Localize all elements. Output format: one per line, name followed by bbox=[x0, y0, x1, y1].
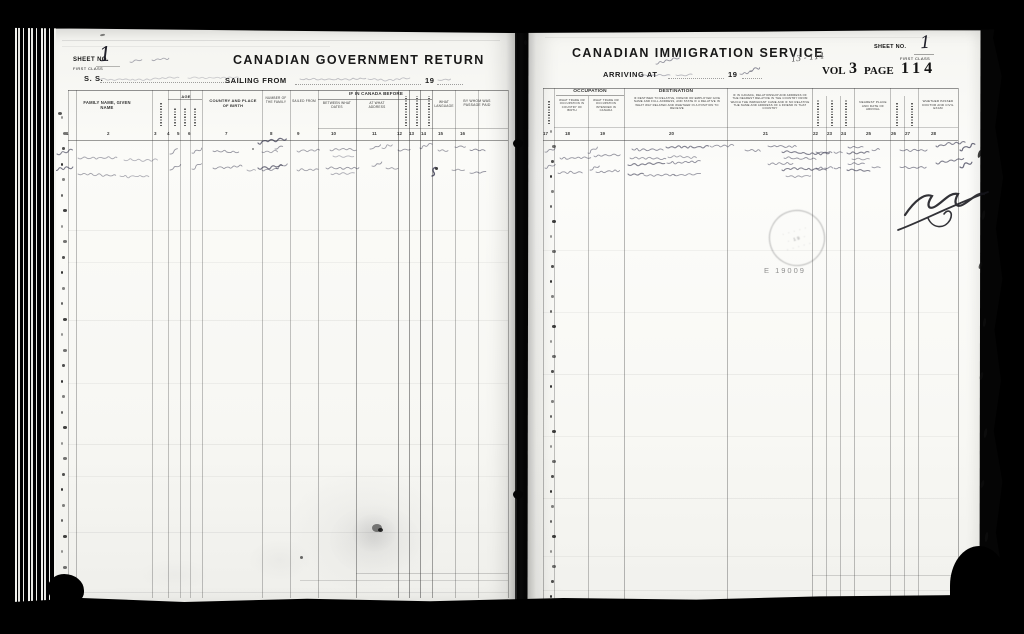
rowdot bbox=[61, 411, 63, 414]
vline bbox=[68, 90, 69, 598]
rowdot bbox=[551, 400, 554, 403]
rowdot bbox=[61, 163, 63, 166]
rowdot bbox=[61, 271, 63, 274]
hline bbox=[68, 592, 508, 593]
speck bbox=[982, 318, 986, 327]
speck bbox=[524, 40, 527, 45]
vline bbox=[478, 90, 479, 598]
gutter-line bbox=[515, 28, 517, 606]
colnum: 19 bbox=[600, 131, 605, 136]
hlabel: OCCUPATION bbox=[556, 89, 624, 95]
hlabel: IF DESTINED TO RELATIVE, FRIEND OR EMPLO… bbox=[630, 97, 724, 110]
vline bbox=[958, 88, 959, 602]
rowdot bbox=[61, 333, 63, 336]
vline bbox=[918, 88, 919, 602]
hline bbox=[68, 320, 508, 321]
rowdot bbox=[62, 256, 65, 259]
hlabel: WHETHER PASSED DOCTOR AND CIVIL EXAM bbox=[922, 100, 954, 111]
rowdot bbox=[62, 287, 65, 290]
hlabel: SAILED FROM bbox=[292, 100, 316, 104]
colnum: 28 bbox=[931, 131, 936, 136]
vbar bbox=[160, 102, 162, 126]
stain bbox=[352, 514, 396, 552]
rowdot bbox=[550, 235, 552, 238]
hline bbox=[543, 312, 958, 313]
hline bbox=[68, 230, 508, 231]
vbar bbox=[911, 102, 913, 126]
hlabel: AT WHAT ADDRESS bbox=[362, 102, 392, 110]
vline bbox=[202, 90, 203, 598]
vline bbox=[624, 88, 625, 602]
hline bbox=[543, 556, 958, 557]
rowdot bbox=[63, 349, 67, 352]
page-edge-streaks bbox=[14, 20, 56, 621]
rowdot bbox=[62, 147, 65, 150]
vline bbox=[826, 96, 827, 602]
speck bbox=[977, 150, 982, 159]
colnum: 10 bbox=[331, 131, 336, 136]
vline bbox=[262, 90, 263, 598]
colnum: 6 bbox=[188, 131, 191, 136]
colnum: 24 bbox=[841, 131, 846, 136]
left-page-title: CANADIAN GOVERNMENT RETURN bbox=[233, 53, 485, 67]
hline bbox=[96, 66, 120, 67]
book-gutter bbox=[506, 26, 536, 608]
arriving-leader-line bbox=[668, 77, 724, 79]
binder-hole-top bbox=[513, 139, 523, 148]
rowdot bbox=[61, 194, 63, 197]
hline bbox=[554, 127, 958, 128]
speck bbox=[984, 532, 988, 542]
colnum: 9 bbox=[297, 131, 300, 136]
rowdot bbox=[550, 340, 552, 343]
rowdot bbox=[551, 505, 554, 508]
vline bbox=[727, 88, 728, 602]
colnum: 16 bbox=[460, 131, 465, 136]
rowdot bbox=[552, 535, 556, 538]
right-class-label: FIRST CLASS bbox=[900, 56, 930, 61]
speck bbox=[980, 480, 985, 489]
hline bbox=[68, 262, 508, 263]
vline bbox=[904, 96, 905, 602]
colnum: 4 bbox=[167, 131, 170, 136]
hline bbox=[62, 46, 330, 47]
vline bbox=[168, 90, 169, 598]
vbar bbox=[548, 100, 550, 124]
hline bbox=[543, 250, 958, 251]
binder-hole-bottom bbox=[513, 490, 523, 499]
hline bbox=[543, 140, 958, 141]
colnum: 23 bbox=[827, 131, 832, 136]
hlabel: WHAT LANGUAGE bbox=[434, 101, 454, 109]
hline bbox=[318, 99, 432, 100]
rowdot bbox=[61, 519, 63, 522]
right-year-leader bbox=[742, 77, 762, 79]
rowdot bbox=[552, 220, 556, 223]
vline bbox=[890, 88, 891, 602]
rowdot bbox=[62, 473, 65, 476]
hline bbox=[556, 95, 624, 96]
rowdot bbox=[552, 355, 556, 358]
hline bbox=[545, 37, 930, 38]
vbar bbox=[817, 100, 819, 126]
vline bbox=[455, 90, 456, 598]
hline bbox=[68, 532, 508, 533]
sailing-from-label: SAILING FROM bbox=[225, 76, 287, 85]
vline bbox=[543, 88, 544, 602]
hlabel: DESTINATION bbox=[626, 89, 726, 95]
rowdot bbox=[552, 145, 556, 148]
stamp-code-text: E 19009 bbox=[764, 266, 806, 275]
speck bbox=[435, 167, 438, 170]
vbar bbox=[428, 96, 430, 126]
left-page bbox=[51, 27, 517, 604]
hline bbox=[543, 374, 958, 375]
vbar bbox=[896, 102, 898, 126]
rowdot bbox=[63, 535, 67, 538]
rowdot bbox=[552, 325, 556, 328]
rowdot bbox=[61, 380, 63, 383]
colnum: 17 bbox=[543, 131, 548, 136]
vbar bbox=[831, 100, 833, 126]
rowdot bbox=[552, 565, 556, 568]
speck bbox=[978, 262, 983, 270]
rowdot bbox=[62, 178, 65, 181]
stain bbox=[250, 540, 310, 580]
rowdot bbox=[63, 132, 67, 135]
rowdot bbox=[551, 160, 554, 163]
right-black-edge bbox=[988, 0, 1024, 634]
vline bbox=[190, 90, 191, 598]
rowdot bbox=[62, 364, 65, 367]
rowdot bbox=[550, 385, 552, 388]
vline bbox=[588, 96, 589, 602]
hlabel: IF IN CANADA, RELATIONSHIP AND ADDRESS O… bbox=[730, 94, 810, 110]
speck bbox=[378, 528, 383, 532]
hlabel: BETWEEN WHAT DATES bbox=[322, 102, 352, 110]
rowdot bbox=[62, 504, 65, 507]
rowdot bbox=[61, 550, 63, 553]
top-black-border bbox=[0, 0, 1024, 33]
rowdot bbox=[550, 595, 552, 598]
rowdot bbox=[552, 460, 556, 463]
colnum: 8 bbox=[270, 131, 273, 136]
rowdot bbox=[551, 265, 554, 268]
rowdot bbox=[550, 130, 552, 133]
rowdot bbox=[61, 488, 63, 491]
hlabel: NEAREST PLACE AND DATE OF ARRIVAL bbox=[858, 101, 888, 112]
hline bbox=[812, 575, 958, 576]
hline bbox=[318, 128, 508, 129]
hlabel: IF IN CANADA BEFORE bbox=[324, 91, 428, 96]
rowdot bbox=[551, 295, 554, 298]
speck bbox=[983, 428, 988, 438]
colnum: 13 bbox=[409, 131, 414, 136]
hlabel: WHAT TRADE OR OCCUPATION INTENDED IN CAN… bbox=[592, 99, 620, 112]
colnum: 15 bbox=[438, 131, 443, 136]
vline bbox=[840, 96, 841, 602]
hlabel: WHAT TRADE OR OCCUPATION IN COUNTRY OF B… bbox=[558, 99, 586, 112]
rowdot bbox=[61, 116, 63, 119]
vbar bbox=[416, 96, 418, 126]
colnum: 26 bbox=[891, 131, 896, 136]
rowdot bbox=[550, 205, 552, 208]
colnum: 14 bbox=[421, 131, 426, 136]
hline bbox=[543, 590, 958, 591]
rowdot bbox=[551, 580, 554, 583]
rowdot bbox=[63, 426, 67, 429]
scanned-ledger-spread: SHEET NO. 1 FIRST CLASS S. S. CANADIAN G… bbox=[0, 0, 1024, 634]
vline bbox=[554, 88, 555, 602]
colnum: 20 bbox=[669, 131, 674, 136]
right-year: 19 bbox=[728, 70, 738, 79]
hlabel: AGE bbox=[170, 95, 202, 100]
colnum: 25 bbox=[866, 131, 871, 136]
hline bbox=[914, 54, 934, 55]
colnum: 12 bbox=[397, 131, 402, 136]
rowdot bbox=[550, 280, 552, 283]
bottom-left-ink-blob bbox=[48, 574, 84, 604]
page-number: 114 bbox=[901, 60, 936, 78]
hline bbox=[68, 140, 508, 141]
hlabel: NUMBER OF THE FAMILY bbox=[264, 97, 288, 105]
colnum: 21 bbox=[763, 131, 768, 136]
rowdot bbox=[63, 209, 67, 212]
rowdot bbox=[61, 225, 63, 228]
page-label: PAGE bbox=[864, 65, 894, 77]
hlabel: COUNTRY AND PLACE OF BIRTH bbox=[206, 99, 260, 108]
vline bbox=[812, 88, 813, 602]
stain bbox=[140, 560, 210, 590]
speck bbox=[981, 210, 986, 220]
rowdot bbox=[550, 445, 552, 448]
rowdot bbox=[63, 240, 67, 243]
rowdot bbox=[552, 250, 556, 253]
hline bbox=[543, 436, 958, 437]
vline bbox=[180, 90, 181, 598]
hline bbox=[543, 498, 958, 499]
speck bbox=[58, 112, 62, 115]
rowdot bbox=[550, 415, 552, 418]
vbar bbox=[405, 96, 407, 126]
rowdot bbox=[62, 395, 65, 398]
bottom-right-shadow-blob bbox=[950, 546, 1008, 608]
hlabel: FAMILY NAME, GIVEN NAME bbox=[78, 101, 136, 111]
rowdot bbox=[550, 310, 552, 313]
right-sheet-no-label: SHEET NO. bbox=[874, 44, 906, 50]
colnum: 7 bbox=[225, 131, 228, 136]
hlabel: BY WHOM WAS PASSAGE PAID bbox=[458, 99, 496, 107]
rowdot bbox=[550, 520, 552, 523]
vbar bbox=[845, 100, 847, 126]
vol-number: 3 bbox=[849, 60, 857, 78]
rowdot bbox=[61, 302, 63, 305]
speck bbox=[252, 148, 254, 150]
rowdot bbox=[551, 370, 554, 373]
rowdot bbox=[63, 318, 67, 321]
sailing-leader-line bbox=[295, 83, 421, 85]
hline bbox=[68, 383, 508, 384]
hline bbox=[62, 40, 500, 41]
left-year: 19 bbox=[425, 76, 435, 85]
colnum: 11 bbox=[372, 131, 377, 136]
right-sheet-no-value: 1 bbox=[919, 33, 931, 54]
rowdot bbox=[63, 566, 67, 569]
vline bbox=[152, 90, 153, 598]
vbar bbox=[174, 108, 176, 126]
vline bbox=[508, 90, 509, 598]
vbar bbox=[194, 108, 196, 126]
vbar bbox=[184, 108, 186, 126]
speck bbox=[300, 556, 303, 559]
right-page-title: CANADIAN IMMIGRATION SERVICE bbox=[572, 46, 824, 60]
vline bbox=[854, 88, 855, 602]
rowdot bbox=[550, 550, 552, 553]
colnum: 27 bbox=[905, 131, 910, 136]
hline bbox=[68, 476, 508, 477]
colnum: 2 bbox=[107, 131, 110, 136]
colnum: 18 bbox=[565, 131, 570, 136]
year-leader-line bbox=[437, 83, 463, 85]
rowdot bbox=[63, 457, 67, 460]
arriving-at-label: ARRIVING AT bbox=[603, 70, 658, 79]
speck bbox=[979, 372, 984, 380]
colnum: 3 bbox=[154, 131, 157, 136]
colnum: 5 bbox=[177, 131, 180, 136]
hline bbox=[68, 444, 508, 445]
vline bbox=[76, 90, 77, 598]
rowdot bbox=[550, 175, 552, 178]
rowdot bbox=[551, 475, 554, 478]
rowdot bbox=[552, 430, 556, 433]
vol-label: VOL bbox=[822, 65, 846, 77]
colnum: 22 bbox=[813, 131, 818, 136]
rowdot bbox=[61, 442, 63, 445]
rowdot bbox=[551, 190, 554, 193]
rowdot bbox=[550, 490, 552, 493]
hline bbox=[68, 90, 508, 91]
